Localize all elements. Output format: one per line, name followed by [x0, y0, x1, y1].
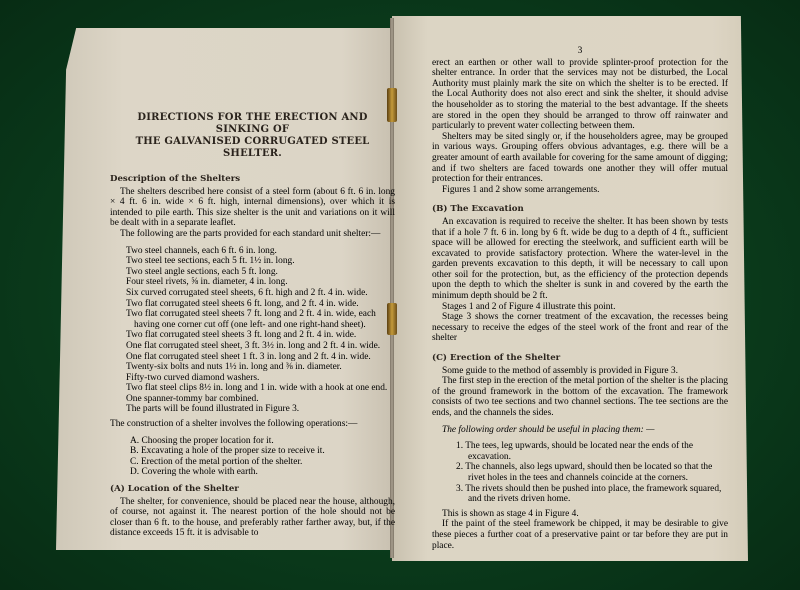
stage-reference: This is shown as stage 4 in Figure 4.: [432, 509, 728, 520]
parts-item: Two flat corrugated steel sheets 3 ft. l…: [114, 330, 395, 341]
erection-guide: Some guide to the method of assembly is …: [432, 366, 728, 377]
parts-item: One spanner-tommy bar combined.: [114, 394, 395, 405]
order-steps: 1. The tees, leg upwards, should be loca…: [432, 441, 728, 505]
continuation-paragraph: erect an earthen or other wall to provid…: [432, 58, 728, 132]
erection-paragraph: The first step in the erection of the me…: [432, 376, 728, 418]
parts-item: Four steel rivets, ⅝ in. diameter, 4 in.…: [114, 277, 395, 288]
title-line-1: DIRECTIONS FOR THE ERECTION AND SINKING …: [110, 112, 395, 136]
parts-list: Two steel channels, each 6 ft. 6 in. lon…: [110, 246, 395, 416]
parts-item: Two steel tee sections, each 5 ft. 1½ in…: [114, 256, 395, 267]
order-step: 2. The channels, also legs upward, shoul…: [432, 462, 728, 483]
erection-heading: (C) Erection of the Shelter: [432, 353, 728, 364]
parts-item: One flat corrugated steel sheet, 3 ft. 3…: [114, 341, 395, 352]
excavation-paragraph: An excavation is required to receive the…: [432, 217, 728, 302]
figures-reference: Figures 1 and 2 show some arrangements.: [432, 185, 728, 196]
parts-item: Fifty-two curved diamond washers.: [114, 373, 395, 384]
title-line-2: THE GALVANISED CORRUGATED STEEL SHELTER.: [110, 136, 395, 160]
operation-item: A. Choosing the proper location for it.: [110, 436, 395, 447]
location-heading: (A) Location of the Shelter: [110, 484, 395, 495]
parts-item: One flat corrugated steel sheet 1 ft. 3 …: [114, 352, 395, 363]
grouping-paragraph: Shelters may be sited singly or, if the …: [432, 132, 728, 185]
document-title: DIRECTIONS FOR THE ERECTION AND SINKING …: [110, 112, 395, 160]
left-page-content: DIRECTIONS FOR THE ERECTION AND SINKING …: [110, 112, 395, 539]
order-step: 3. The rivets should then be pushed into…: [432, 484, 728, 505]
operation-item: D. Covering the whole with earth.: [110, 467, 395, 478]
excavation-heading: (B) The Excavation: [432, 204, 728, 215]
parts-item: The parts will be found illustrated in F…: [114, 404, 395, 415]
location-paragraph: The shelter, for convenience, should be …: [110, 497, 395, 539]
parts-item: Twenty-six bolts and nuts 1½ in. long an…: [114, 362, 395, 373]
parts-item: Two steel angle sections, each 5 ft. lon…: [114, 267, 395, 278]
right-page-content: 3 erect an earthen or other wall to prov…: [432, 46, 728, 551]
page-number: 3: [432, 46, 728, 57]
excavation-corner: Stage 3 shows the corner treatment of th…: [432, 312, 728, 344]
parts-item: Two flat corrugated steel sheets 6 ft. l…: [114, 299, 395, 310]
operation-item: B. Excavating a hole of the proper size …: [110, 446, 395, 457]
description-heading: Description of the Shelters: [110, 174, 395, 185]
order-intro: The following order should be useful in …: [432, 425, 728, 436]
parts-item: Two flat steel clips 8½ in. long and 1 i…: [114, 383, 395, 394]
operation-item: C. Erection of the metal portion of the …: [110, 457, 395, 468]
construction-intro: The construction of a shelter involves t…: [110, 419, 395, 430]
operations-list: A. Choosing the proper location for it. …: [110, 436, 395, 478]
parts-intro: The following are the parts provided for…: [110, 229, 395, 240]
excavation-stages: Stages 1 and 2 of Figure 4 illustrate th…: [432, 302, 728, 313]
order-step: 1. The tees, leg upwards, should be loca…: [432, 441, 728, 462]
description-paragraph: The shelters described here consist of a…: [110, 187, 395, 229]
parts-item: Two steel channels, each 6 ft. 6 in. lon…: [114, 246, 395, 257]
paint-paragraph: If the paint of the steel framework be c…: [432, 519, 728, 551]
parts-item: Two flat corrugated steel sheets 7 ft. l…: [114, 309, 395, 330]
parts-item: Six curved corrugated steel sheets, 6 ft…: [114, 288, 395, 299]
